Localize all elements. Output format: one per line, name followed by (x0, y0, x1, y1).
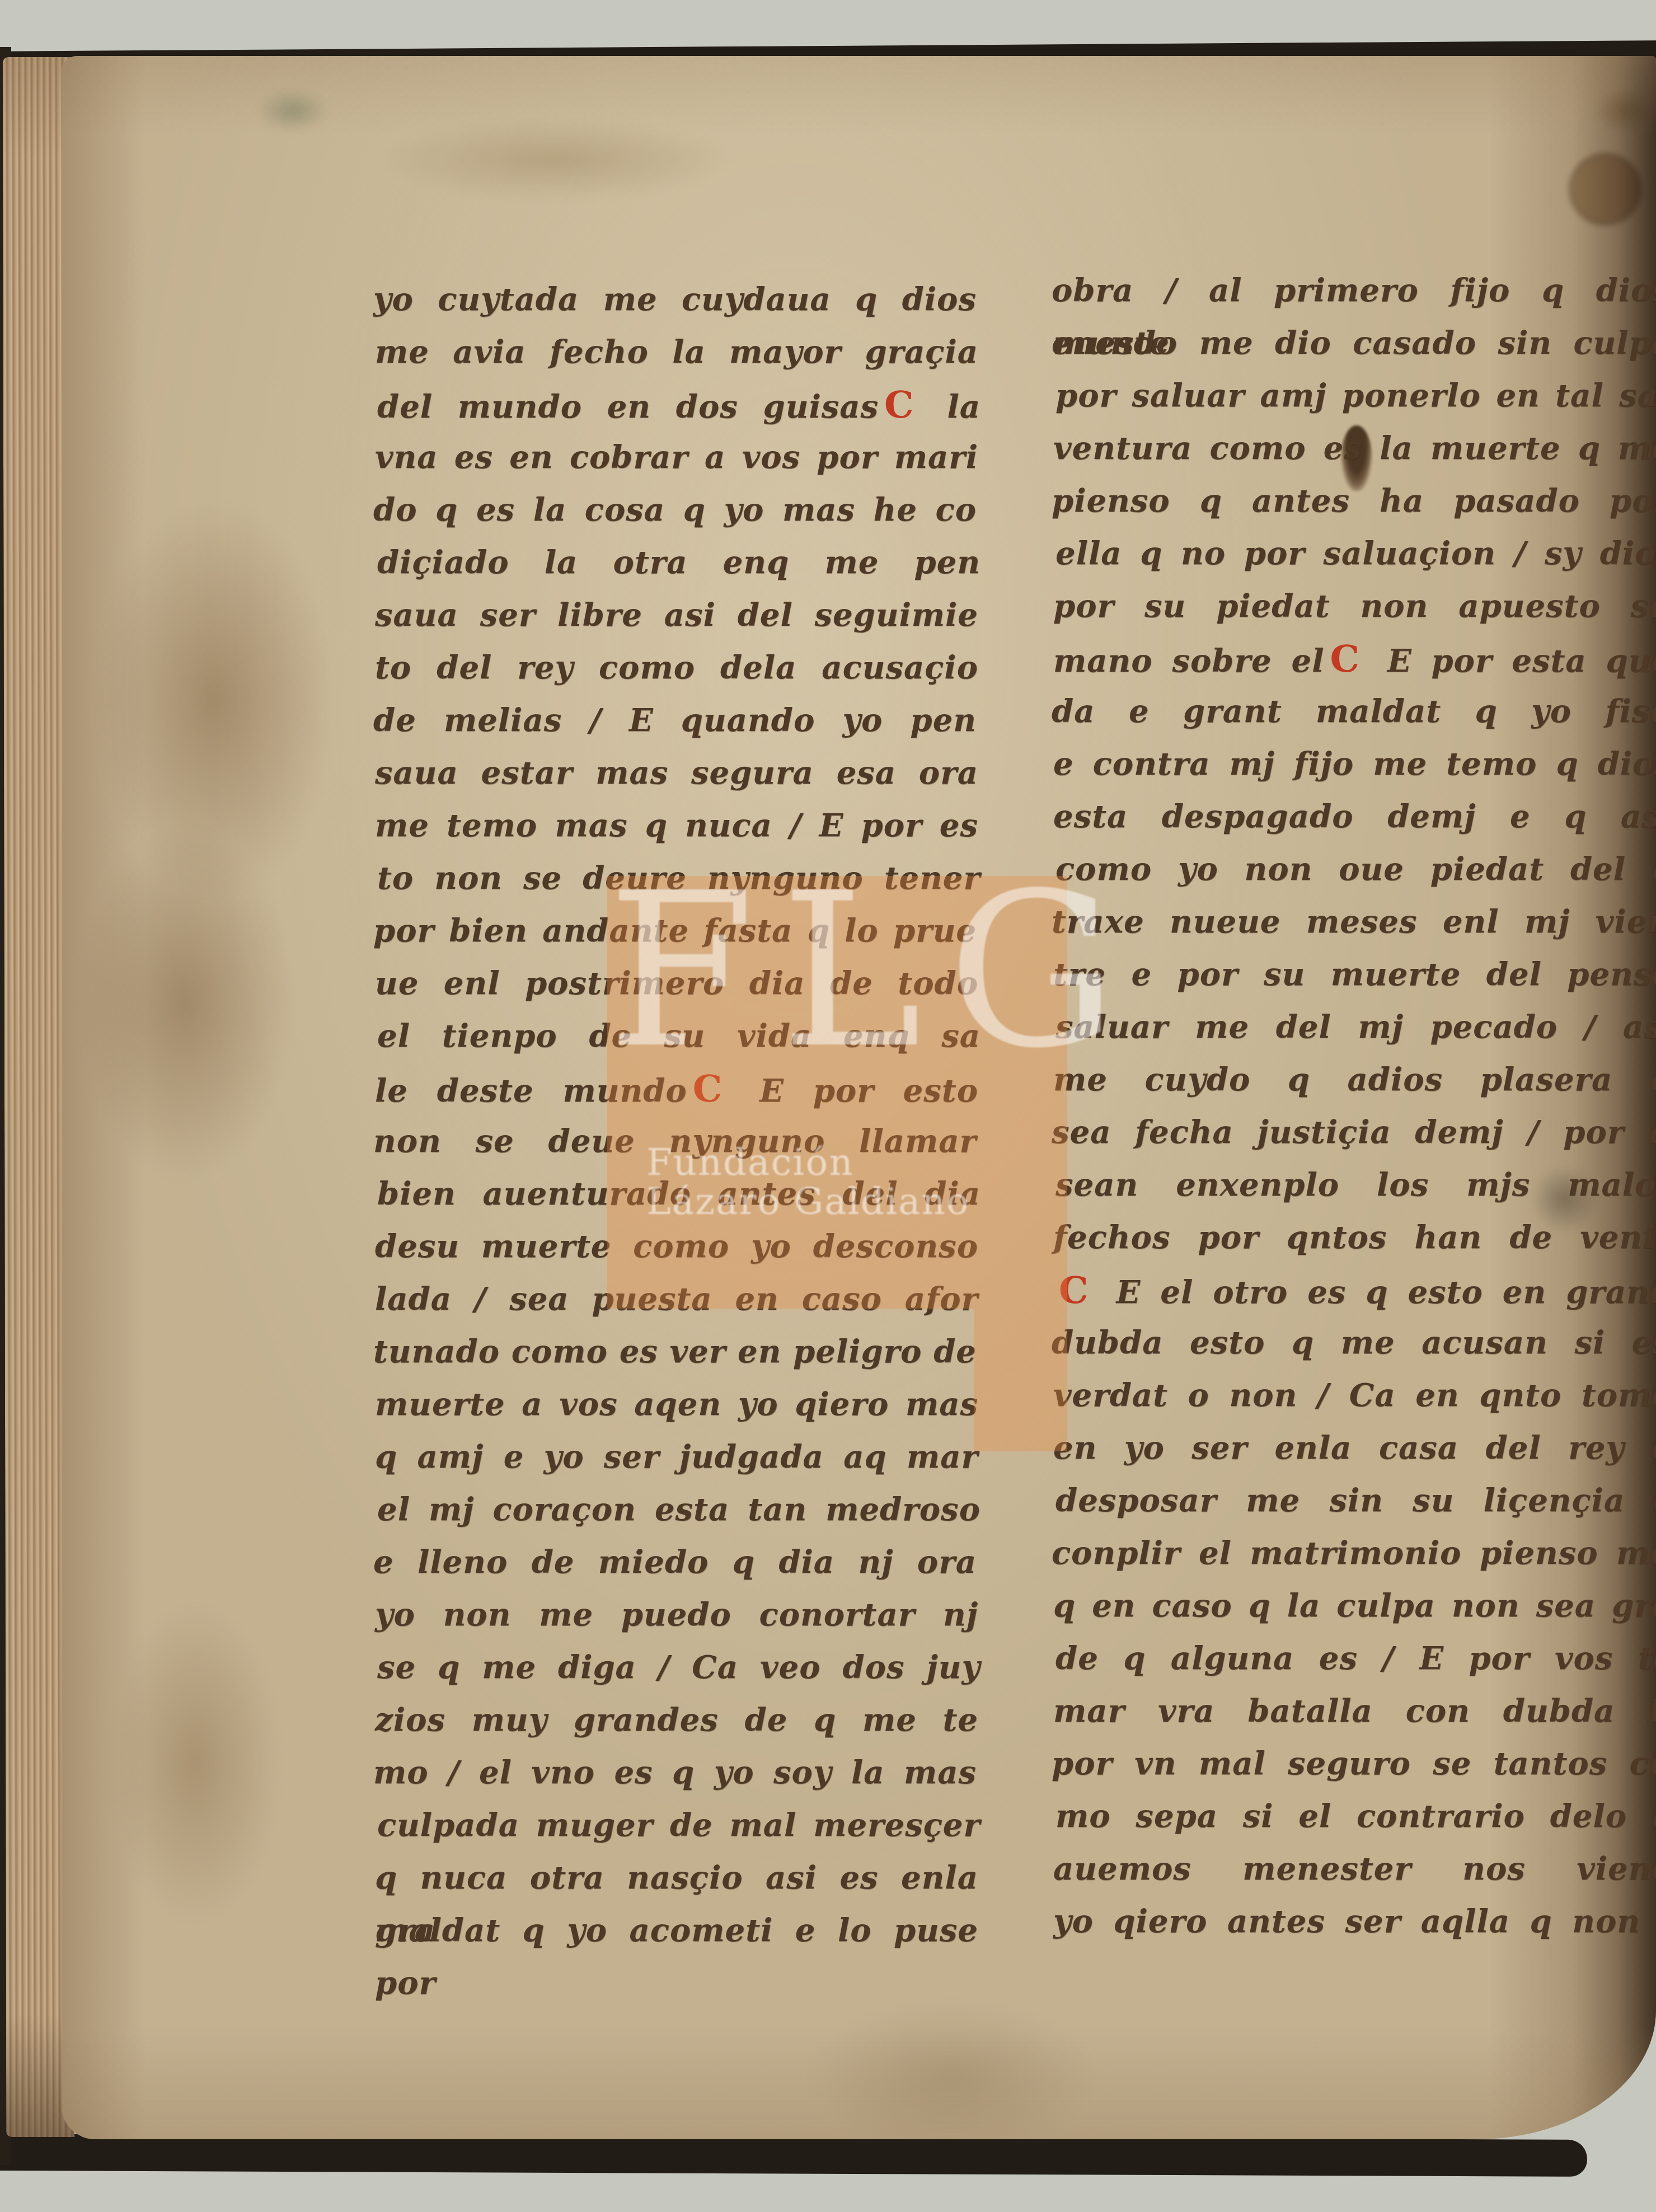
manuscript-text-segment: E el otro es q esto en grand (1097, 1274, 1656, 1311)
manuscript-line: obra / al primero fijo q dios eneste (1052, 264, 1656, 317)
manuscript-text-segment: por saluar amj ponerlo en tal saº (1055, 377, 1656, 414)
manuscript-text-segment: ventura como es la muerte q me (1053, 430, 1656, 467)
manuscript-text-segment: lada / sea puesta en caso afor (375, 1281, 978, 1318)
manuscript-text-segment: verdat o non / Ca en qnto tome (1053, 1377, 1656, 1414)
manuscript-text-segment: sea fecha justiçia demj / por q (1052, 1114, 1656, 1151)
manuscript-line: como yo non oue piedat del q (1055, 843, 1656, 896)
manuscript-line: diçiado la otra enq me pen (377, 536, 981, 589)
manuscript-line: bien auenturado antes del dia (377, 1168, 981, 1220)
manuscript-line: por su piedat non apuesto su (1053, 580, 1656, 632)
manuscript-text-segment: el tienpo de su vida enq sa (377, 1018, 981, 1055)
manuscript-text-segment: E por esta que (1368, 643, 1656, 679)
manuscript-line: saua ser libre asi del seguimie (375, 589, 978, 641)
manuscript-text-segment: ella q no por saluaçion / sy dios (1055, 535, 1656, 572)
manuscript-text-segment: conplir el matrimonio pienso me (1052, 1535, 1656, 1572)
manuscript-text-segment: el mj coraçon esta tan medroso (377, 1491, 981, 1528)
manuscript-line: me temo mas q nuca / E por es (375, 799, 978, 852)
manuscript-text-segment: non se deue nynguno llamar (373, 1123, 977, 1160)
manuscript-line: le deste mundoC E por esto (375, 1062, 978, 1115)
manuscript-line: me cuydo q adios plasera q (1053, 1053, 1656, 1106)
text-column-left: yo cuytada me cuydaua q diosme avia fech… (375, 273, 978, 1957)
manuscript-text-segment: e contra mj fijo me temo q dios (1053, 746, 1656, 782)
manuscript-line: culpada muger de mal meresçer (377, 1799, 981, 1852)
manuscript-line: ventura como es la muerte q me (1053, 422, 1656, 475)
manuscript-text-segment: le deste mundo (375, 1072, 687, 1109)
manuscript-line: desu muerte como yo desconso (375, 1220, 978, 1273)
manuscript-line: esta despagado demj e q asi (1053, 790, 1656, 843)
manuscript-line: mo sepa si el contrario delo q (1055, 1790, 1656, 1843)
water-stain (375, 118, 733, 201)
manuscript-line: de melias / E quando yo pen (373, 694, 977, 747)
manuscript-line: yo cuytada me cuydaua q dios (373, 273, 977, 326)
manuscript-line: del mundo en dos guisasC la (377, 378, 981, 431)
manuscript-line: en yo ser enla casa del rey e (1053, 1422, 1656, 1474)
manuscript-text-segment: mano sobre el (1053, 643, 1324, 679)
manuscript-text-segment: maldat q yo acometi e lo puse por (375, 1912, 978, 2002)
manuscript-text-segment: esta despagado demj e q asi (1053, 798, 1656, 835)
manuscript-text-segment: traxe nueue meses enl mj vien (1052, 903, 1656, 940)
manuscript-text-segment: zios muy grandes de q me te (375, 1702, 978, 1738)
manuscript-line: non se deue nynguno llamar (373, 1115, 977, 1168)
manuscript-text-segment: dubda esto q me acusan si es (1052, 1324, 1656, 1361)
manuscript-text-segment: desposar me sin su liçençia e (1055, 1482, 1656, 1519)
manuscript-text-segment: me cuydo q adios plasera q (1053, 1061, 1656, 1098)
text-column-right: obra / al primero fijo q dios enestemund… (1053, 264, 1656, 1948)
manuscript-text-segment: mo / el vno es q yo soy la mas (373, 1754, 977, 1791)
rubric-capitulum-mark: C (1330, 637, 1360, 681)
manuscript-text-segment: tre e por su muerte del pense (1053, 956, 1656, 993)
manuscript-text-segment: yo non me puedo conortar nj (375, 1596, 978, 1633)
manuscript-line: tre e por su muerte del pense (1053, 948, 1656, 1001)
manuscript-line: mundo me dio casado sin culpa (1053, 317, 1656, 369)
water-stain (95, 498, 336, 901)
manuscript-text-segment: mundo me dio casado sin culpa (1053, 325, 1656, 362)
manuscript-page: yo cuytada me cuydaua q diosme avia fech… (62, 56, 1656, 2139)
manuscript-text-segment: to non se deure nynguno tener (377, 860, 981, 897)
manuscript-text-segment: do q es la cosa q yo mas he co (373, 491, 977, 528)
manuscript-text-segment: culpada muger de mal meresçer (377, 1807, 981, 1844)
manuscript-line: maldat q yo acometi e lo puse por (375, 1904, 978, 1957)
manuscript-line: ue enl postrimero dia de todo (375, 957, 978, 1010)
manuscript-line: auemos menester nos viene (1053, 1843, 1656, 1895)
manuscript-line: sea fecha justiçia demj / por q (1052, 1106, 1656, 1159)
book-cover-bottom-edge (0, 2134, 1587, 2177)
manuscript-text-segment: mo sepa si el contrario delo q (1055, 1798, 1656, 1835)
manuscript-text-segment: en yo ser enla casa del rey e (1053, 1430, 1656, 1466)
manuscript-line: e contra mj fijo me temo q dios (1053, 738, 1656, 790)
manuscript-line: ella q no por saluaçion / sy dios (1055, 527, 1656, 580)
manuscript-text-segment: desu muerte como yo desconso (375, 1228, 978, 1265)
manuscript-text-segment: mar vra batalla con dubda E (1053, 1693, 1656, 1730)
manuscript-text-segment: sean enxenplo los mjs malos (1055, 1166, 1656, 1203)
manuscript-line: saua estar mas segura esa ora (375, 747, 978, 799)
manuscript-line: por saluar amj ponerlo en tal saº (1055, 369, 1656, 422)
manuscript-line: traxe nueue meses enl mj vien (1052, 896, 1656, 948)
manuscript-line: por vn mal seguro se tantos co (1052, 1737, 1656, 1790)
water-stain (76, 823, 294, 1181)
manuscript-line: pienso q antes ha pasado por (1052, 475, 1656, 527)
rubric-capitulum-mark: C (1059, 1268, 1089, 1312)
manuscript-text-segment: fechos por qntos han de venir (1053, 1219, 1656, 1256)
manuscript-text-segment: saua ser libre asi del seguimie (375, 597, 978, 634)
manuscript-line: da e grant maldat q yo fise (1052, 685, 1656, 738)
water-stain (806, 1998, 1097, 2155)
manuscript-line: se q me diga / Ca veo dos juy (377, 1641, 981, 1694)
manuscript-line: vna es en cobrar a vos por mari (375, 431, 978, 484)
round-stain (1566, 150, 1644, 228)
manuscript-line: e lleno de miedo q dia nj ora (373, 1536, 977, 1588)
manuscript-text-segment: bien auenturado antes del dia (377, 1175, 981, 1212)
manuscript-line: yo qiero antes ser aqlla q non / (1053, 1895, 1656, 1948)
manuscript-line: fechos por qntos han de venir (1053, 1211, 1656, 1264)
manuscript-text-segment: por vn mal seguro se tantos co (1052, 1745, 1656, 1782)
manuscript-text-segment: to del rey como dela acusaçio (375, 649, 978, 686)
manuscript-text-segment: muerte a vos aqen yo qiero mas (375, 1386, 978, 1423)
manuscript-text-segment: por bien andante fasta q lo prue (373, 912, 977, 949)
manuscript-line: do q es la cosa q yo mas he co (373, 484, 977, 536)
manuscript-line: tunado como es ver en peligro de (373, 1325, 977, 1378)
manuscript-line: muerte a vos aqen yo qiero mas (375, 1378, 978, 1431)
manuscript-text-segment: por su piedat non apuesto su (1053, 588, 1656, 625)
manuscript-line: lada / sea puesta en caso afor (375, 1273, 978, 1325)
water-stain (109, 1601, 282, 1925)
manuscript-text-segment: de q alguna es / E por vos to (1055, 1640, 1656, 1677)
manuscript-line: to non se deure nynguno tener (377, 852, 981, 905)
manuscript-text-segment: q amj e yo ser judgada aq mar (375, 1438, 978, 1475)
manuscript-line: sean enxenplo los mjs malos (1055, 1159, 1656, 1211)
manuscript-line: zios muy grandes de q me te (375, 1694, 978, 1746)
manuscript-line: q en caso q la culpa non sea gra (1053, 1580, 1656, 1632)
pigment-smudge (256, 88, 329, 133)
manuscript-text-segment: e lleno de miedo q dia nj ora (373, 1544, 977, 1581)
rubric-capitulum-mark: C (884, 383, 914, 427)
manuscript-text-segment: me temo mas q nuca / E por es (375, 807, 978, 844)
manuscript-text-segment: se q me diga / Ca veo dos juy (377, 1649, 981, 1686)
manuscript-line: de q alguna es / E por vos to (1055, 1632, 1656, 1685)
manuscript-text-segment: diçiado la otra enq me pen (377, 544, 981, 581)
manuscript-line: conplir el matrimonio pienso me (1052, 1527, 1656, 1580)
manuscript-text-segment: yo cuytada me cuydaua q dios (373, 281, 977, 318)
manuscript-text-segment: E por esto (730, 1072, 978, 1109)
manuscript-text-segment: q en caso q la culpa non sea gra (1053, 1587, 1656, 1624)
manuscript-text-segment: saluar me del mj pecado / asi (1055, 1009, 1656, 1046)
manuscript-text-segment: auemos menester nos viene (1053, 1850, 1656, 1887)
manuscript-text-segment: ue enl postrimero dia de todo (375, 965, 978, 1002)
manuscript-text-segment: tunado como es ver en peligro de (373, 1333, 977, 1370)
manuscript-line: me avia fecho la mayor graçia (375, 326, 978, 378)
manuscript-line: por bien andante fasta q lo prue (373, 905, 977, 957)
manuscript-line: to del rey como dela acusaçio (375, 641, 978, 694)
manuscript-text-segment: vna es en cobrar a vos por mari (375, 439, 978, 476)
manuscript-line: C E el otro es q esto en grand (1053, 1264, 1656, 1316)
manuscript-text-segment: de melias / E quando yo pen (373, 702, 977, 739)
manuscript-line: el mj coraçon esta tan medroso (377, 1483, 981, 1536)
manuscript-line: saluar me del mj pecado / asi (1055, 1001, 1656, 1053)
scan-background: yo cuytada me cuydaua q diosme avia fech… (0, 0, 1656, 2212)
rubric-capitulum-mark: C (693, 1067, 723, 1110)
manuscript-line: desposar me sin su liçençia e (1055, 1474, 1656, 1527)
manuscript-text-segment: pienso q antes ha pasado por (1052, 482, 1656, 519)
manuscript-line: mo / el vno es q yo soy la mas (373, 1746, 977, 1799)
manuscript-text-segment: yo qiero antes ser aqlla q non / (1053, 1903, 1656, 1940)
manuscript-line: q amj e yo ser judgada aq mar (375, 1431, 978, 1483)
manuscript-text-segment: saua estar mas segura esa ora (375, 754, 978, 791)
manuscript-line: mano sobre elC E por esta que (1053, 632, 1656, 685)
manuscript-text-segment: del mundo en dos guisas (377, 388, 879, 425)
manuscript-text-segment: me avia fecho la mayor graçia (375, 334, 978, 371)
manuscript-line: dubda esto q me acusan si es (1052, 1316, 1656, 1369)
manuscript-line: q nuca otra nasçio asi es enla gra (375, 1852, 978, 1904)
corner-smudge (1594, 87, 1655, 134)
manuscript-line: mar vra batalla con dubda E (1053, 1685, 1656, 1737)
manuscript-text-segment: como yo non oue piedat del q (1055, 851, 1656, 888)
manuscript-text-segment: la (922, 388, 981, 425)
manuscript-line: el tienpo de su vida enq sa (377, 1010, 981, 1062)
manuscript-line: yo non me puedo conortar nj (375, 1588, 978, 1641)
manuscript-text-segment: da e grant maldat q yo fise (1052, 693, 1656, 730)
manuscript-line: verdat o non / Ca en qnto tome (1053, 1369, 1656, 1422)
